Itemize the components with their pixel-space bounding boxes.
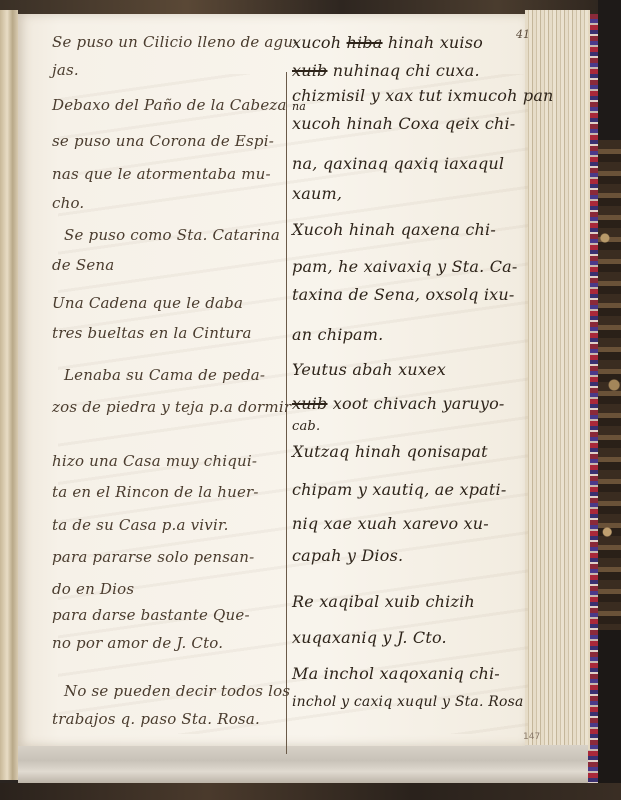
page-number: 41	[516, 28, 530, 41]
text-line: pam, he xaivaxiq y Sta. Ca-	[292, 257, 518, 276]
manuscript-page: 41 Se puso un Cilicio lleno de agu- jas.…	[18, 14, 525, 746]
text-line: Ma inchol xaqoxaniq chi-	[292, 664, 500, 683]
text-line: cho.	[52, 194, 84, 212]
text-line: capah y Dios.	[292, 546, 403, 565]
text-line: zos de piedra y teja p.a dormir	[52, 398, 291, 416]
text-line: Se puso un Cilicio lleno de agu-	[52, 33, 299, 51]
text-line: hizo una Casa muy chiqui-	[52, 452, 257, 470]
text-line: Re xaqibal xuib chizih	[292, 592, 475, 611]
text-line: chizmisil y xax tut ixmucoh pan	[292, 86, 554, 105]
text-line: nas que le atormentaba mu-	[52, 165, 271, 183]
corner-pencil-note: 147	[523, 732, 540, 742]
text-line: ta en el Rincon de la huer-	[52, 483, 259, 501]
text-line: na xucoh hinah Coxa qeix chi-	[292, 114, 515, 133]
text-line: para darse bastante Que-	[52, 606, 250, 624]
book-cover-bottom	[0, 783, 621, 800]
text-line: Xucoh hinah qaxena chi-	[292, 220, 496, 239]
text-line: cab.	[292, 419, 320, 434]
book-spine-gutter	[0, 10, 18, 780]
text-line: an chipam.	[292, 325, 383, 344]
text-line: Se puso como Sta. Catarina	[64, 226, 280, 244]
struck-text: xuib	[292, 61, 328, 80]
text-line: Lenaba su Cama de peda-	[64, 366, 265, 384]
text-line: xucoh hiba hinah xuiso	[292, 33, 483, 52]
text-line: ta de su Casa p.a vivir.	[52, 516, 229, 534]
text-line: niq xae xuah xarevo xu-	[292, 514, 489, 533]
text-line: inchol y caxiq xuqul y Sta. Rosa	[292, 694, 524, 710]
page-stack-edge	[525, 10, 590, 750]
marbled-cover-right	[598, 140, 621, 630]
text-line: Xutzaq hinah qonisapat	[292, 442, 488, 461]
text-line: chipam y xautiq, ae xpati-	[292, 480, 506, 499]
text-line: Una Cadena que le daba	[52, 294, 243, 312]
text-line: trabajos q. paso Sta. Rosa.	[52, 710, 260, 728]
text-line: do en Dios	[52, 580, 134, 598]
struck-text: xuib	[292, 394, 328, 413]
text-line: Yeutus abah xuxex	[292, 360, 446, 379]
text-line: No se pueden decir todos los	[64, 682, 290, 700]
text-line: para pararse solo pensan-	[52, 548, 254, 566]
text-line: de Sena	[52, 256, 114, 274]
text-line: xuib xoot chivach yaruyo-	[292, 394, 505, 413]
text-line: jas.	[52, 61, 79, 79]
text-line: taxina de Sena, oxsolq ixu-	[292, 285, 514, 304]
text-line: xuqaxaniq y J. Cto.	[292, 628, 447, 647]
text-line: se puso una Corona de Espi-	[52, 132, 274, 150]
struck-text: hiba	[347, 33, 383, 52]
background-right-bottom	[598, 630, 621, 800]
text-line: na, qaxinaq qaxiq iaxaqul	[292, 154, 504, 173]
page-bottom-edge	[18, 745, 588, 783]
text-line: xaum,	[292, 184, 342, 203]
text-line: Debaxo del Paño de la Cabeza	[52, 96, 287, 114]
text-line: xuib nuhinaq chi cuxa.	[292, 61, 480, 80]
background-right-top	[598, 0, 621, 140]
superscript-insertion: na	[292, 100, 306, 113]
text-line: no por amor de J. Cto.	[52, 634, 223, 652]
text-line: tres bueltas en la Cintura	[52, 324, 252, 342]
